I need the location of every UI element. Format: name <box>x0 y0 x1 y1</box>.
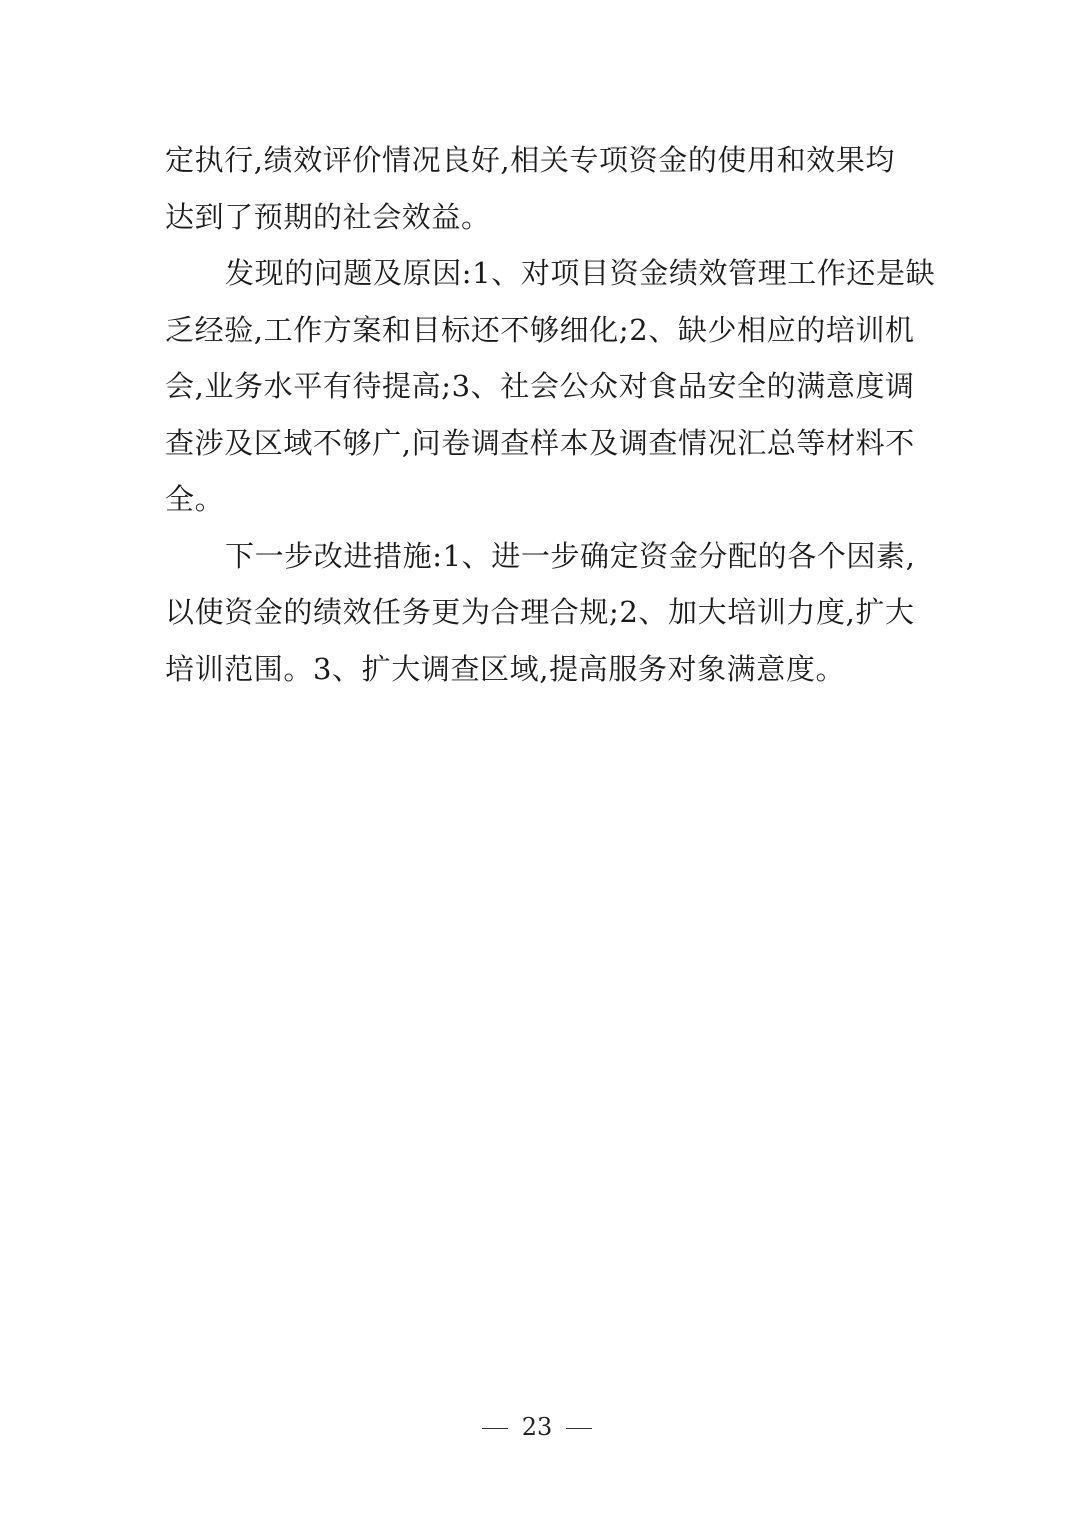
paragraph-line: 达到了预期的社会效益。 <box>165 195 917 252</box>
page-number: 23 <box>522 1413 553 1441</box>
document-page: 定执行,绩效评价情况良好,相关专项资金的使用和效果均 达到了预期的社会效益。 发… <box>0 0 1074 1520</box>
paragraph-line: 乏经验,工作方案和目标还不够细化;2、缺少相应的培训机 <box>165 308 917 365</box>
paragraph-line: 以使资金的绩效任务更为合理合规;2、加大培训力度,扩大 <box>165 590 917 647</box>
paragraph-line: 全。 <box>165 477 917 534</box>
paragraph-line: 会,业务水平有待提高;3、社会公众对食品安全的满意度调 <box>165 364 917 421</box>
paragraph-line: 培训范围。3、扩大调查区域,提高服务对象满意度。 <box>165 647 917 704</box>
paragraph-line: 下一步改进措施:1、进一步确定资金分配的各个因素, <box>165 534 917 591</box>
dash-left <box>482 1428 508 1429</box>
paragraph-line: 发现的问题及原因:1、对项目资金绩效管理工作还是缺 <box>165 251 917 308</box>
body-text: 定执行,绩效评价情况良好,相关专项资金的使用和效果均 达到了预期的社会效益。 发… <box>165 138 917 703</box>
paragraph-line: 查涉及区域不够广,问卷调查样本及调查情况汇总等材料不 <box>165 421 917 478</box>
paragraph-line: 定执行,绩效评价情况良好,相关专项资金的使用和效果均 <box>165 138 917 195</box>
page-footer: 23 <box>0 1410 1074 1444</box>
dash-right <box>566 1428 592 1429</box>
